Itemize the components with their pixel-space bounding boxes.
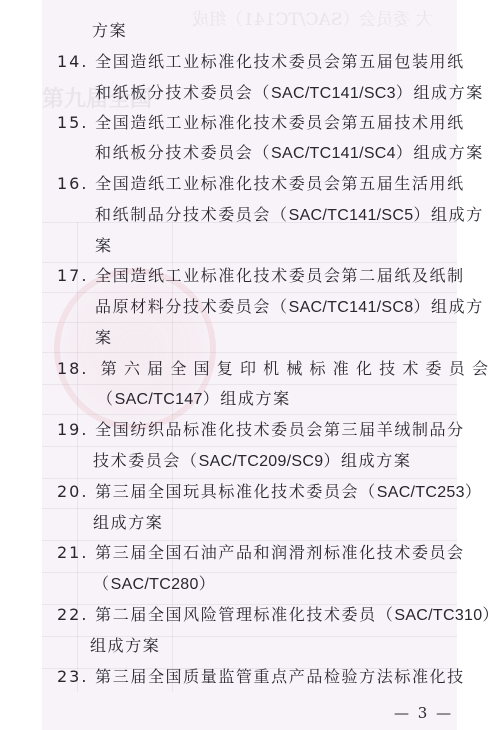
list-item-16-line1: 16. 全国造纸工业标准化技术委员会第五届生活用纸 [57, 174, 465, 194]
list-item-17-line3: 案 [95, 328, 113, 348]
list-item-18-line1: 18. 第六届全国复印机械标准化技术委员会 [57, 359, 495, 379]
list-item-16-line3: 案 [95, 236, 113, 256]
committee-code: SAC/TC141/SC8 [289, 299, 414, 316]
list-item-18-line2: （SAC/TC147）组成方案 [97, 389, 291, 410]
item-text: ）组成方案 [323, 451, 411, 470]
item-number: 17. [57, 266, 88, 286]
list-item-15-line1: 15. 全国造纸工业标准化技术委员会第五届技术用纸 [57, 113, 465, 133]
item-title: 第三届全国质量监管重点产品检验方法标准化技 [95, 667, 465, 686]
list-item-17-line2: 品原材料分技术委员会（SAC/TC141/SC8）组成方 [95, 297, 484, 318]
item-title: 第六届全国复印机械标准化技术委员会 [101, 359, 495, 378]
item-text: （ [97, 389, 115, 408]
committee-code: SAC/TC141/SC5 [289, 207, 414, 224]
item-title: 全国纺织品标准化技术委员会第三届羊绒制品分 [95, 420, 465, 439]
document-body: 方案 14. 全国造纸工业标准化技术委员会第五届包装用纸 和纸板分技术委员会（S… [0, 0, 500, 730]
item-number: 21. [57, 543, 88, 563]
item-title: 全国造纸工业标准化技术委员会第五届包装用纸 [95, 52, 465, 71]
list-item-22-line2: 组成方案 [90, 636, 160, 656]
item-number: 16. [57, 174, 88, 194]
list-item-20-line2: 组成方案 [93, 513, 163, 533]
item-number: 14. [57, 52, 88, 72]
committee-code: SAC/TC141/SC3 [271, 85, 396, 102]
committee-code: SAC/TC141/SC4 [271, 145, 396, 162]
item-text: ） [465, 482, 483, 501]
item-title: 全国造纸工业标准化技术委员会第五届技术用纸 [95, 113, 465, 132]
item-number: 18. [57, 359, 88, 379]
list-item-16-line2: 和纸制品分技术委员会（SAC/TC141/SC5）组成方 [95, 205, 484, 226]
committee-code: SAC/TC253 [377, 484, 465, 501]
item-text: ） [482, 605, 500, 624]
item-number: 23. [57, 667, 88, 687]
item-text: 和纸板分技术委员会（ [95, 143, 271, 162]
item-text: ）组成方 [413, 205, 483, 224]
item-text: ）组成方案 [203, 389, 291, 408]
item-text: 和纸制品分技术委员会（ [95, 205, 289, 224]
page-number: — 3 — [394, 704, 453, 722]
item-title: 全国造纸工业标准化技术委员会第五届生活用纸 [95, 174, 465, 193]
continued-text: 方案 [92, 21, 127, 41]
item-title: 第二届全国风险管理标准化技术委员（ [95, 605, 394, 624]
list-item-19-line2: 技术委员会（SAC/TC209/SC9）组成方案 [93, 451, 411, 472]
list-item-21-line1: 21. 第三届全国石油产品和润滑剂标准化技术委员会 [57, 543, 465, 563]
item-number: 15. [57, 113, 88, 133]
list-item-14-line1: 14. 全国造纸工业标准化技术委员会第五届包装用纸 [57, 52, 465, 72]
list-item-23-line1: 23. 第三届全国质量监管重点产品检验方法标准化技 [57, 667, 465, 687]
list-item-21-line2: （SAC/TC280） [93, 574, 216, 595]
list-item-14-line2: 和纸板分技术委员会（SAC/TC141/SC3）组成方案 [95, 83, 484, 104]
list-item-22-line1: 22. 第二届全国风险管理标准化技术委员（SAC/TC310） [57, 605, 500, 626]
list-item-17-line1: 17. 全国造纸工业标准化技术委员会第二届纸及纸制 [57, 266, 465, 286]
item-text: 和纸板分技术委员会（ [95, 83, 271, 102]
list-item-19-line1: 19. 全国纺织品标准化技术委员会第三届羊绒制品分 [57, 420, 465, 440]
item-text: ）组成方案 [396, 83, 484, 102]
item-text: ）组成方案 [396, 143, 484, 162]
item-number: 19. [57, 420, 88, 440]
item-number: 22. [57, 605, 88, 625]
committee-code: SAC/TC280 [111, 576, 199, 593]
item-title: 全国造纸工业标准化技术委员会第二届纸及纸制 [95, 266, 465, 285]
item-text: 技术委员会（ [93, 451, 199, 470]
list-item-15-line2: 和纸板分技术委员会（SAC/TC141/SC4）组成方案 [95, 143, 484, 164]
item-number: 20. [57, 482, 88, 502]
item-text: （ [93, 574, 111, 593]
list-item-20-line1: 20. 第三届全国玩具标准化技术委员会（SAC/TC253） [57, 482, 482, 503]
committee-code: SAC/TC147 [115, 391, 203, 408]
committee-code: SAC/TC209/SC9 [199, 453, 324, 470]
item-text: 品原材料分技术委员会（ [95, 297, 289, 316]
item-text: ） [199, 574, 217, 593]
item-text: ）组成方 [413, 297, 483, 316]
item-title: 第三届全国玩具标准化技术委员会（ [95, 482, 377, 501]
item-title: 第三届全国石油产品和润滑剂标准化技术委员会 [95, 543, 465, 562]
committee-code: SAC/TC310 [394, 607, 482, 624]
